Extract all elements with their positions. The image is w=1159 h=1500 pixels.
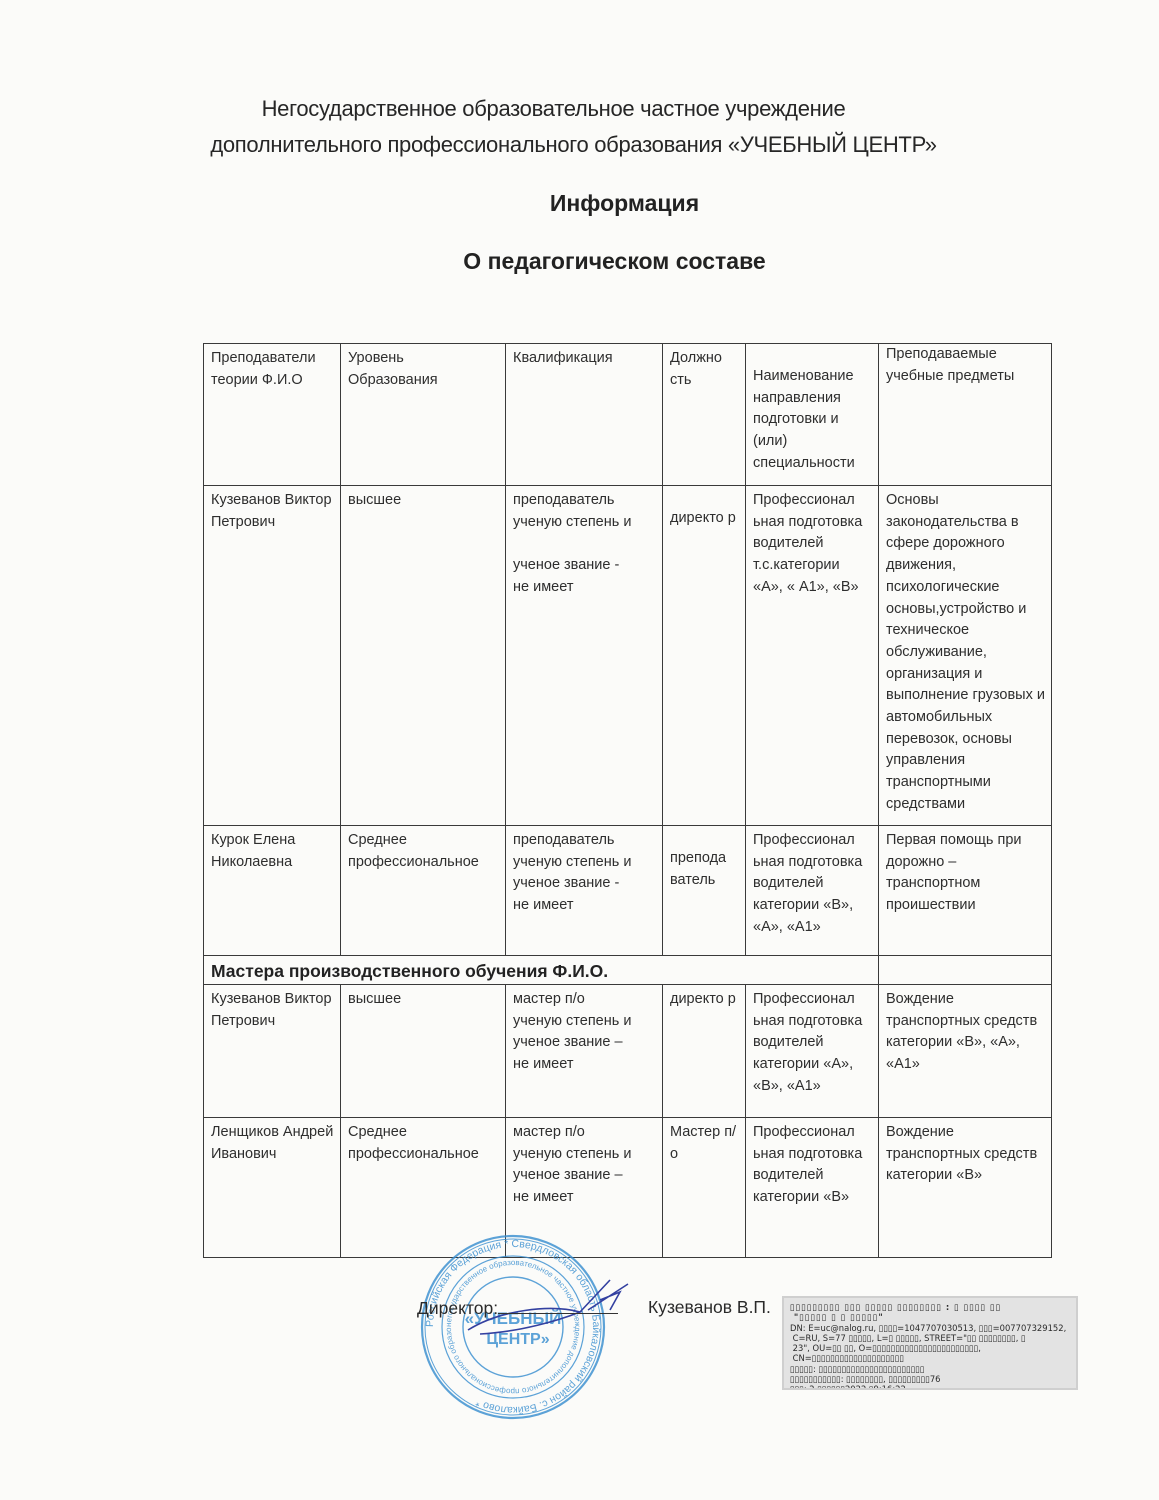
cell-position: директо р xyxy=(663,486,746,826)
section-title-masters: Мастера производственного обучения Ф.И.О… xyxy=(204,956,879,985)
ecp-line-8: ▯▯▯▯▯▯▯▯▯▯▯: ▯▯▯▯▯▯▯▯, ▯▯▯▯▯▯▯▯▯76 xyxy=(790,1374,941,1384)
cell-qualification: преподаватель ученую степень и ученое зв… xyxy=(506,826,663,956)
column-header-name: Преподаватели теории Ф.И.О xyxy=(204,344,341,486)
staff-table: Преподаватели теории Ф.И.О Уровень Образ… xyxy=(203,343,1052,1258)
cell-direction: Профессионал ьная подготовка водителей к… xyxy=(746,826,879,956)
document-subtitle: О педагогическом составе xyxy=(35,248,1159,275)
section-empty-cell xyxy=(879,956,1052,985)
organization-name-line-2: дополнительного профессионального образо… xyxy=(0,132,1153,158)
ecp-line-7: ▯▯▯▯▯: ▯▯▯▯▯▯▯▯▯▯▯▯▯▯▯▯▯▯▯▯▯▯▯ xyxy=(790,1364,925,1374)
ecp-line-5: 23", OU=▯▯ ▯▯, O=▯▯▯▯▯▯▯▯▯▯▯▯▯▯▯▯▯▯▯▯▯▯▯… xyxy=(790,1343,981,1353)
cell-position: Мастер п/о xyxy=(663,1118,746,1258)
column-header-qualification: Квалификация xyxy=(506,344,663,486)
signatory-name: Кузеванов В.П. xyxy=(648,1297,771,1318)
column-header-position: Должно сть xyxy=(663,344,746,486)
signature-line: Директор: xyxy=(417,1297,618,1319)
cell-education: высшее xyxy=(341,486,506,826)
cell-subjects: Первая помощь при дорожно – транспортном… xyxy=(879,826,1052,956)
cell-name: Кузеванов Виктор Петрович xyxy=(204,985,341,1118)
cell-name: Ленщиков Андрей Иванович xyxy=(204,1118,341,1258)
organization-name-line-1: Негосударственное образовательное частно… xyxy=(0,96,1133,122)
table-row: Кузеванов Виктор Петрович высшее мастер … xyxy=(204,985,1052,1118)
cell-direction: Профессионал ьная подготовка водителей к… xyxy=(746,1118,879,1258)
section-header-row: Мастера производственного обучения Ф.И.О… xyxy=(204,956,1052,985)
signature-role-label: Директор: xyxy=(417,1298,498,1318)
cell-position: директо р xyxy=(663,985,746,1118)
cell-direction: Профессионал ьная подготовка водителей к… xyxy=(746,985,879,1118)
document-title: Информация xyxy=(45,190,1159,217)
cell-education: высшее xyxy=(341,985,506,1118)
cell-name: Кузеванов Виктор Петрович xyxy=(204,486,341,826)
ecp-line-2: "▯▯▯▯▯ ▯ ▯ ▯▯▯▯▯" xyxy=(790,1312,884,1322)
cell-subjects: Основы законодательства в сфере дорожног… xyxy=(879,486,1052,826)
cell-qualification: мастер п/о ученую степень и ученое звани… xyxy=(506,985,663,1118)
ecp-line-9: ▯▯▯: 2 ▯▯▯▯▯▯2022 ▯9:16:22 xyxy=(790,1384,906,1390)
column-header-subjects: Преподаваемые учебные предметы xyxy=(879,344,1052,486)
cell-subjects: Вождение транспортных средств категории … xyxy=(879,985,1052,1118)
column-header-direction: Наименование направления подготовки и (и… xyxy=(746,344,879,486)
table-header-row: Преподаватели теории Ф.И.О Уровень Образ… xyxy=(204,344,1052,486)
cell-education: Среднее профессиональное xyxy=(341,826,506,956)
cell-direction: Профессионал ьная подготовка водителей т… xyxy=(746,486,879,826)
cell-qualification: преподаватель ученую степень и ученое зв… xyxy=(506,486,663,826)
ecp-line-6: CN=▯▯▯▯▯▯▯▯▯▯▯▯▯▯▯▯▯▯▯▯ xyxy=(790,1353,904,1363)
cell-subjects: Вождение транспортных средств категории … xyxy=(879,1118,1052,1258)
ecp-line-4: C=RU, S=77 ▯▯▯▯▯, L=▯ ▯▯▯▯▯, STREET="▯▯ … xyxy=(790,1333,1026,1343)
digital-signature-block: ▯▯▯▯▯▯▯▯▯ ▯▯▯ ▯▯▯▯▯ ▯▯▯▯▯▯▯▯ : ▯ ▯▯▯▯ ▯▯… xyxy=(782,1296,1078,1390)
table-row: Ленщиков Андрей Иванович Среднее професс… xyxy=(204,1118,1052,1258)
table-row: Курок Елена Николаевна Среднее профессио… xyxy=(204,826,1052,956)
cell-name: Курок Елена Николаевна xyxy=(204,826,341,956)
column-header-education: Уровень Образования xyxy=(341,344,506,486)
ecp-line-3: DN: E=uc@nalog.ru, ▯▯▯▯=1047707030513, ▯… xyxy=(790,1323,1066,1333)
ecp-line-1: ▯▯▯▯▯▯▯▯▯ ▯▯▯ ▯▯▯▯▯ ▯▯▯▯▯▯▯▯ : ▯ ▯▯▯▯ ▯▯ xyxy=(790,1302,1001,1312)
table-row: Кузеванов Виктор Петрович высшее препода… xyxy=(204,486,1052,826)
cell-position: препода ватель xyxy=(663,826,746,956)
